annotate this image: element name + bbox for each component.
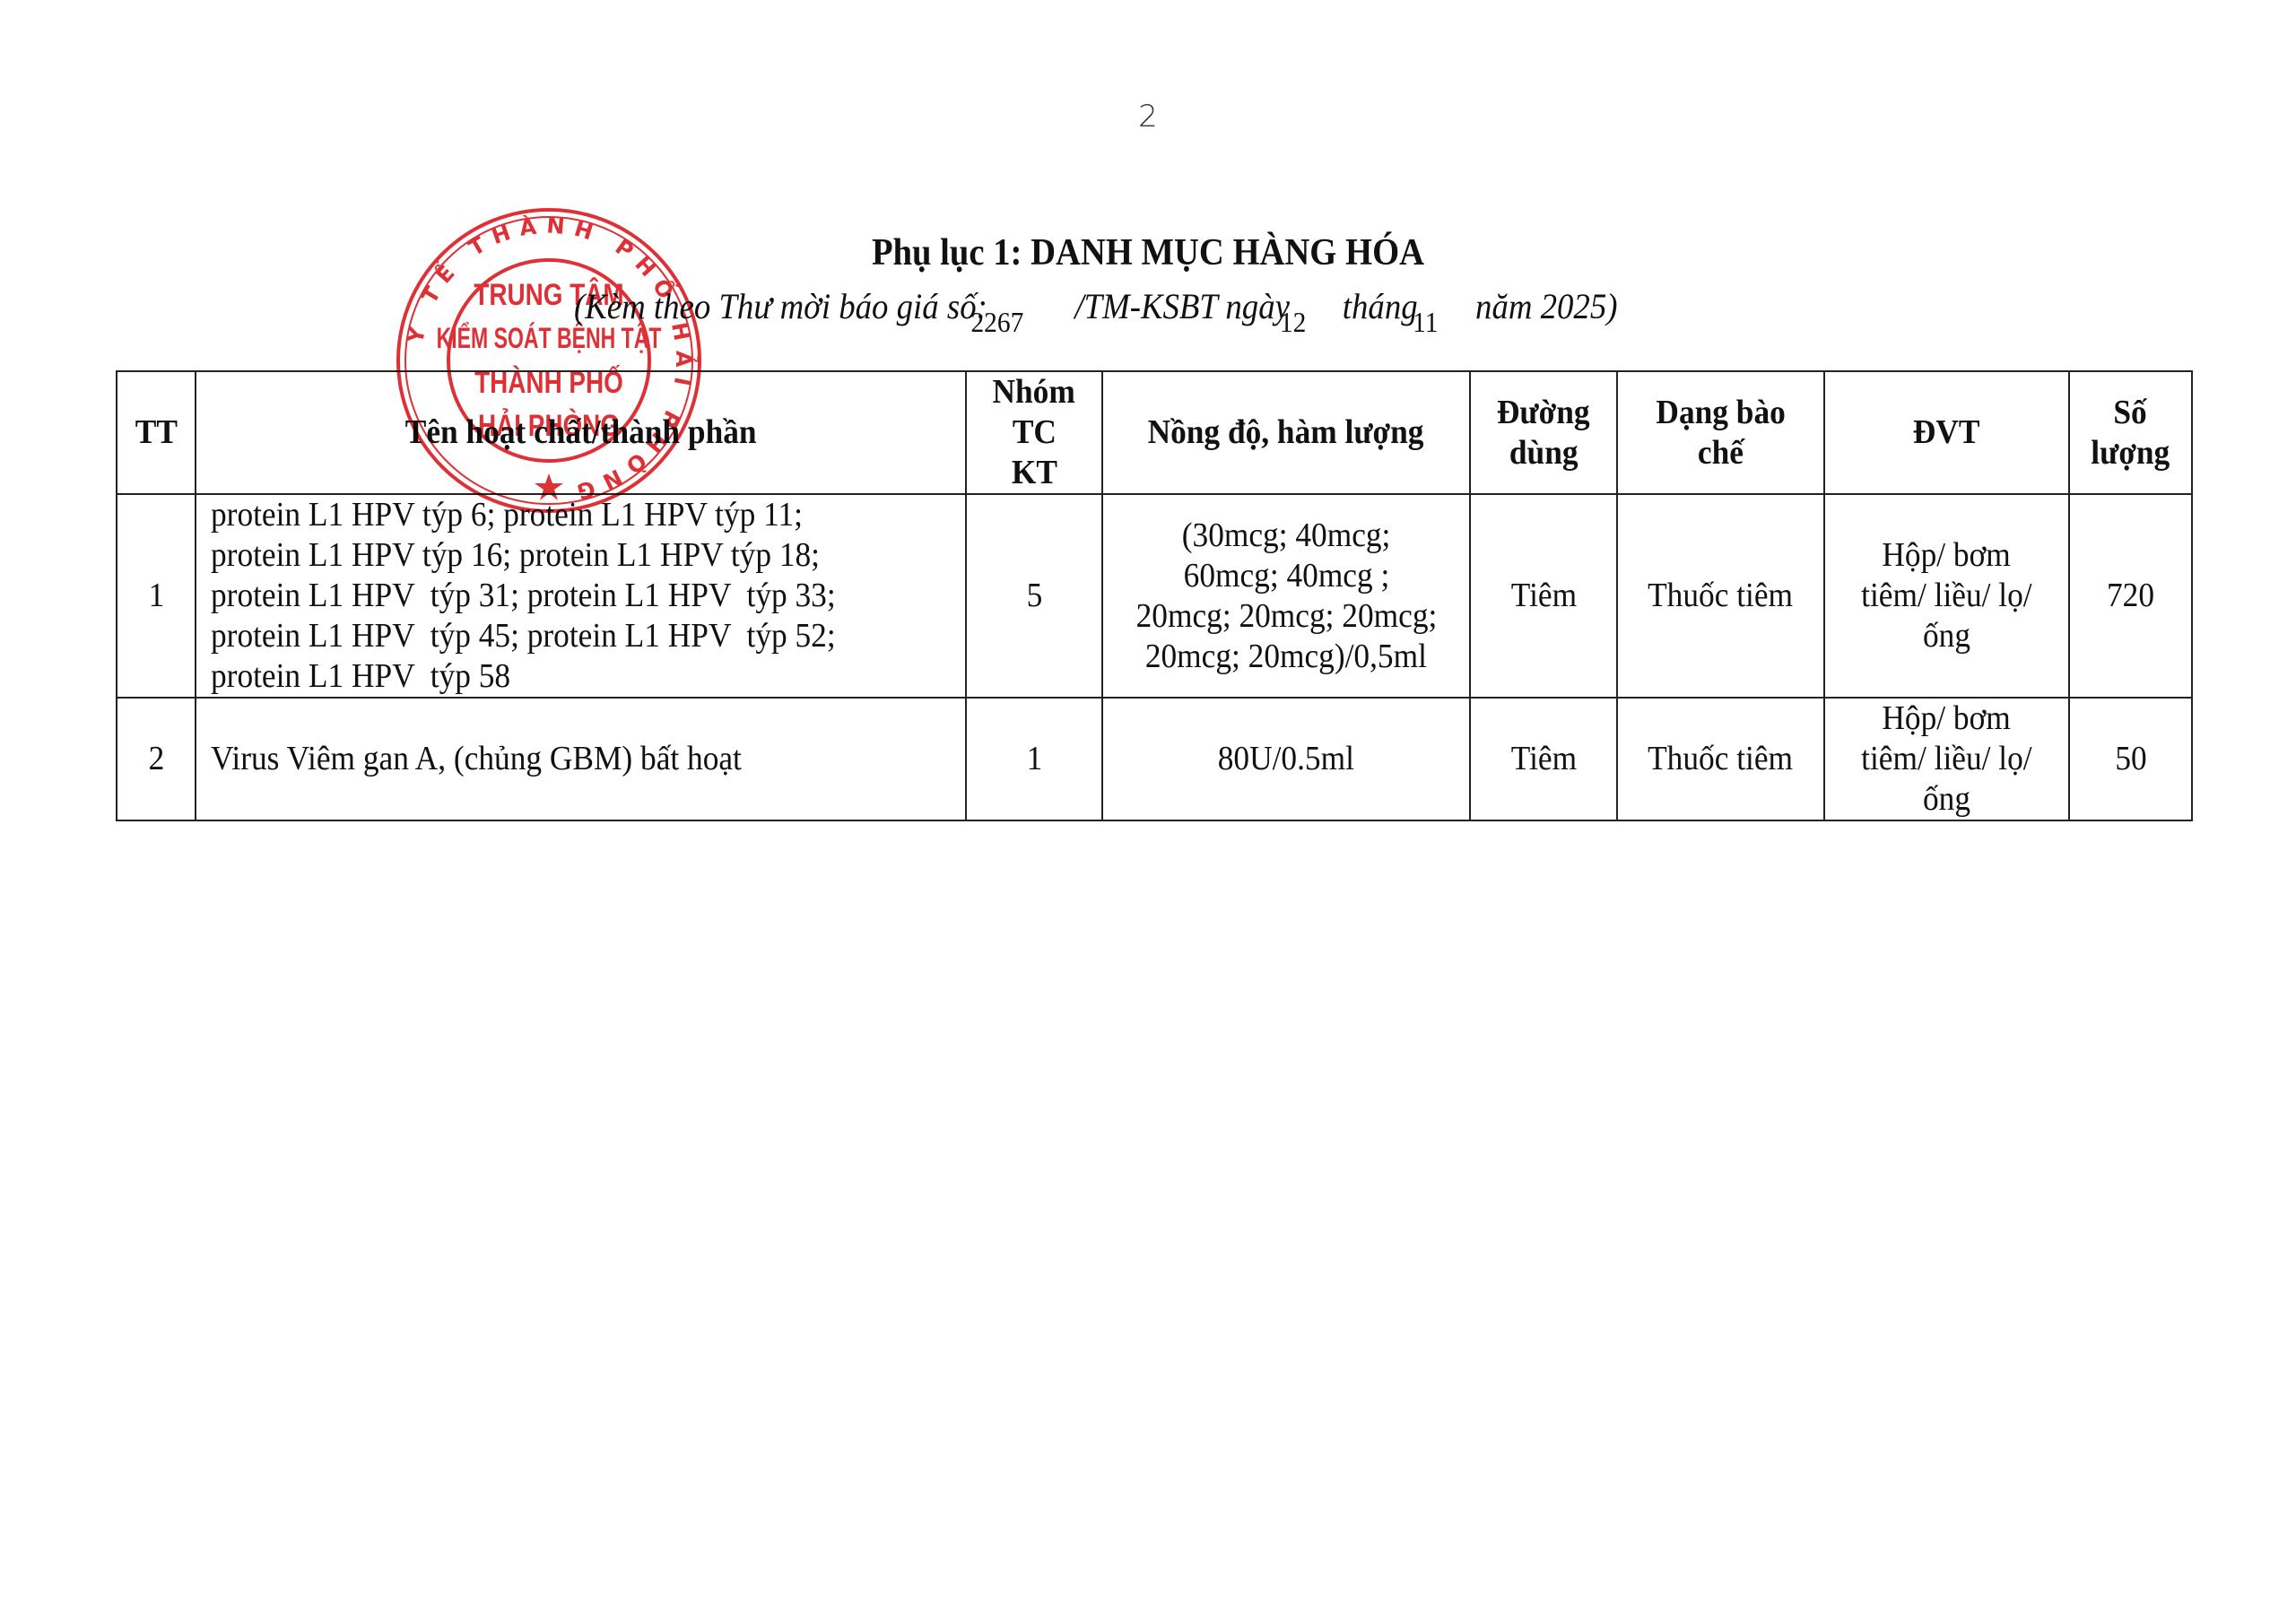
cell-group: 1 (966, 698, 1102, 820)
header-quantity: Sốlượng (2069, 371, 2192, 494)
cell-route: Tiêm (1470, 698, 1617, 820)
cell-strength: 80U/0.5ml (1102, 698, 1470, 820)
header-tt: TT (117, 371, 196, 494)
cell-name: Virus Viêm gan A, (chủng GBM) bất hoạt (196, 698, 966, 820)
cell-unit: Hộp/ bơm tiêm/ liều/ lọ/ ống (1824, 494, 2069, 698)
table-header-row: TT Tên hoạt chất/thành phần NhómTCKT Nồn… (117, 371, 2192, 494)
cell-name: protein L1 HPV týp 6; protein L1 HPV týp… (196, 494, 966, 698)
subtitle-prefix: (Kèm theo Thư mời báo giá số: (574, 286, 987, 326)
cell-quantity: 50 (2069, 698, 2192, 820)
subtitle-code: /TM-KSBT ngày (1074, 286, 1290, 326)
header-group: NhómTCKT (966, 371, 1102, 494)
header-form: Dạng bàochế (1617, 371, 1824, 494)
cell-quantity: 720 (2069, 494, 2192, 698)
day-number: 12 (1280, 306, 1306, 339)
header-unit: ĐVT (1824, 371, 2069, 494)
month-number: 11 (1413, 306, 1438, 339)
header-route: Đườngdùng (1470, 371, 1617, 494)
letter-number: 2267 (970, 306, 1023, 339)
cell-form: Thuốc tiêm (1617, 494, 1824, 698)
page-number: 2 (0, 99, 2296, 135)
goods-table: TT Tên hoạt chất/thành phần NhómTCKT Nồn… (116, 370, 2193, 821)
header-name: Tên hoạt chất/thành phần (196, 371, 966, 494)
year-text: năm 2025) (1475, 286, 1617, 326)
month-label: tháng (1343, 286, 1418, 326)
cell-strength: (30mcg; 40mcg; 60mcg; 40mcg ; 20mcg; 20m… (1102, 494, 1470, 698)
cell-form: Thuốc tiêm (1617, 698, 1824, 820)
cell-group: 5 (966, 494, 1102, 698)
cell-unit: Hộp/ bơm tiêm/ liều/ lọ/ ống (1824, 698, 2069, 820)
page-subtitle: (Kèm theo Thư mời báo giá số:2267/TM-KSB… (574, 285, 1617, 327)
cell-tt: 2 (117, 698, 196, 820)
header-strength: Nồng độ, hàm lượng (1102, 371, 1470, 494)
cell-tt: 1 (117, 494, 196, 698)
table-row: 2 Virus Viêm gan A, (chủng GBM) bất hoạt… (117, 698, 2192, 820)
page-title: Phụ lục 1: DANH MỤC HÀNG HÓA (91, 231, 2204, 274)
table-row: 1 protein L1 HPV týp 6; protein L1 HPV t… (117, 494, 2192, 698)
cell-route: Tiêm (1470, 494, 1617, 698)
